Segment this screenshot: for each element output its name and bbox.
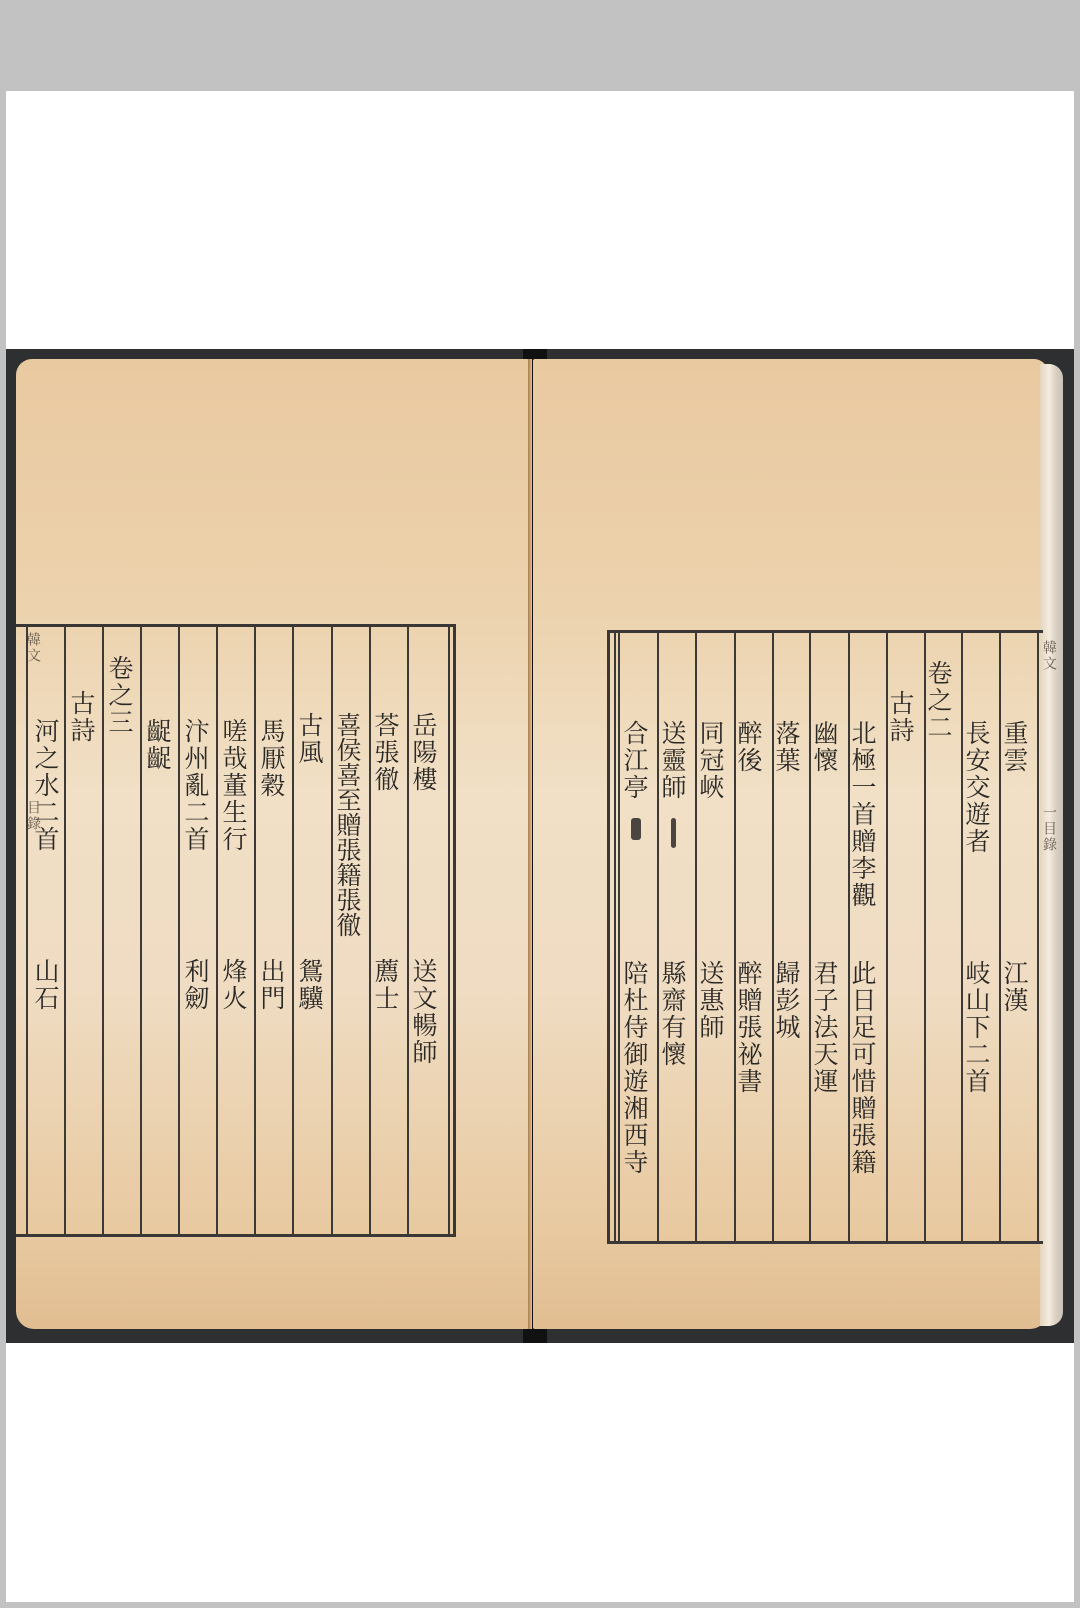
toc-entry: 嗟哉董生行 xyxy=(218,718,248,853)
toc-entry: 喜侯喜至贈張籍張徹 xyxy=(332,712,362,937)
toc-entry: 同冠峽 xyxy=(695,720,725,801)
gutter-fold xyxy=(528,359,532,1329)
margin-title: 韓文 xyxy=(1034,640,1064,672)
toc-entry: 陪杜侍御遊湘西寺 xyxy=(619,960,649,1176)
toc-entry: 古風 xyxy=(294,712,324,766)
toc-entry: 江漢 xyxy=(999,960,1029,1014)
toc-entry: 出門 xyxy=(256,958,286,1012)
toc-entry: 山石 xyxy=(30,958,60,1012)
toc-entry: 落葉 xyxy=(771,720,801,774)
toc-entry: 薦士 xyxy=(370,958,400,1012)
toc-entry: 縣齋有懷 xyxy=(657,960,687,1068)
volume-heading: 卷之三 xyxy=(104,655,134,736)
toc-entry: 幽懷 xyxy=(809,720,839,774)
toc-entry: 北極一首贈李觀 xyxy=(847,720,877,909)
toc-entry: 此日足可惜贈張籍 xyxy=(847,960,877,1176)
toc-entry: 岐山下二首 xyxy=(961,960,991,1095)
toc-entry: 合江亭 xyxy=(619,720,649,801)
margin-section: 一目錄 xyxy=(1034,805,1064,853)
toc-entry: 岳陽樓 xyxy=(408,712,438,793)
toc-entry: 利劒 xyxy=(180,958,210,1012)
toc-entry: 馬厭穀 xyxy=(256,718,286,799)
ink-blot xyxy=(631,818,641,840)
toc-entry: 齪齪 xyxy=(142,718,172,772)
margin-title: 韓文 xyxy=(18,632,48,664)
column-rule xyxy=(26,627,28,1234)
toc-entry: 送文暢師 xyxy=(408,958,438,1066)
volume-heading: 卷之二 xyxy=(923,660,953,741)
toc-entry: 烽火 xyxy=(218,958,248,1012)
toc-entry: 醉贈張祕書 xyxy=(733,960,763,1095)
toc-entry: 鴛驥 xyxy=(294,958,324,1012)
toc-entry: 荅張徹 xyxy=(370,712,400,793)
section-heading: 古詩 xyxy=(885,690,915,744)
toc-entry: 長安交遊者 xyxy=(961,720,991,855)
toc-entry: 送惠師 xyxy=(695,960,725,1041)
toc-entry: 歸彭城 xyxy=(771,960,801,1041)
column-rule xyxy=(1037,633,1039,1241)
ink-blot xyxy=(671,818,676,848)
toc-entry: 汴州亂二首 xyxy=(180,718,210,853)
toc-entry: 醉後 xyxy=(733,720,763,774)
toc-entry: 送靈師 xyxy=(657,720,687,801)
toc-entry: 河之水二首 xyxy=(30,718,60,853)
toc-entry: 君子法天運 xyxy=(809,960,839,1095)
toc-entry: 重雲 xyxy=(999,720,1029,774)
section-heading: 古詩 xyxy=(66,690,96,744)
